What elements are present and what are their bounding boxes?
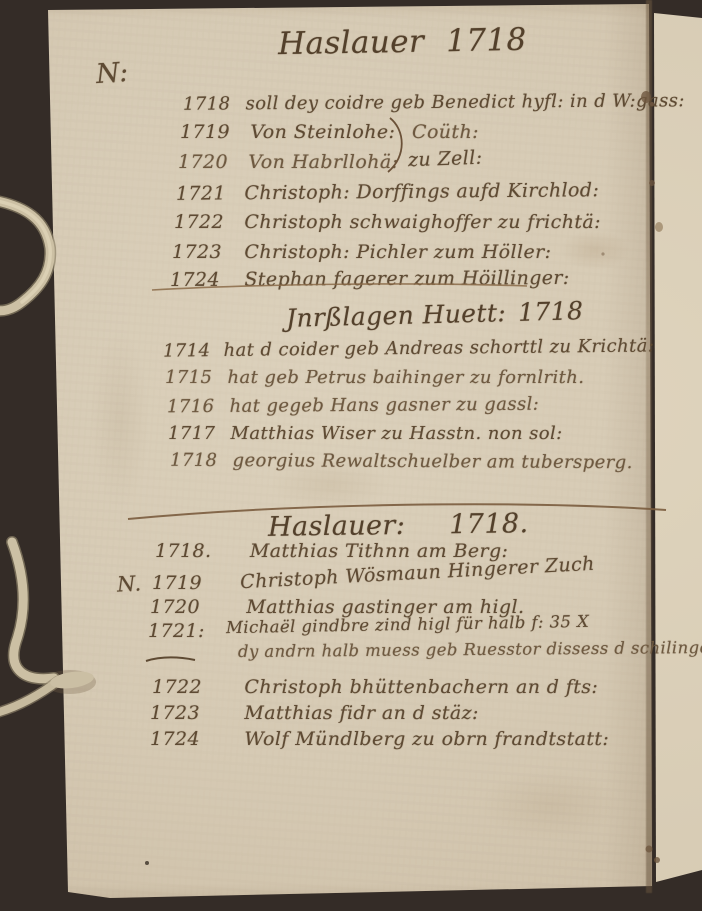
entry-text: Matthias fidr an d stäz: (244, 702, 478, 724)
entry-year: 1716 (167, 396, 215, 417)
entry-text: Christoph bhüttenbachern an d fts: (244, 676, 598, 698)
entry-year: 1721 (176, 182, 226, 204)
section-title-text: Jnrßlagen Huett: (286, 298, 507, 333)
entry-year: 1718. (155, 540, 211, 562)
gutter-crease (646, 0, 652, 893)
entry-line: 1716 hat gegeb Hans gasner zu gassl: (167, 394, 539, 418)
entry-year: 1718 (170, 450, 218, 471)
entry-year: 1723 (172, 241, 222, 263)
entry-line: 1722 Christoph bhüttenbachern an d fts: (152, 676, 598, 698)
entry-year: 1717 (168, 423, 215, 444)
section-title-text: Haslauer (278, 24, 425, 63)
entry-year: 1718 (183, 93, 231, 114)
entry-year: 1719 (180, 121, 230, 143)
entry-year: 1719 (152, 572, 202, 594)
entry-note: zu Zell: (408, 147, 483, 172)
entry-line: 1719 Von Steinlohe: (180, 121, 395, 143)
entry-year: 1722 (152, 676, 202, 698)
entry-line: 1721 Christoph: Dorffings aufd Kirchlod: (176, 179, 599, 205)
entry-text: Wolf Mündlberg zu obrn frandtstatt: (244, 728, 609, 750)
entry-line: 1723 Matthias fidr an d stäz: (150, 702, 479, 724)
entry-year: 1721: (148, 620, 205, 642)
entry-year: 1720 (178, 151, 228, 173)
entry-text: Christoph: Pichler zum Höller: (244, 241, 551, 263)
entry-text: hat gegeb Hans gasner zu gassl: (229, 394, 539, 417)
entry-text: Von Steinlohe: (250, 121, 395, 143)
entry-line: 1718 soll dey coidre geb Benedict hyfl: … (183, 90, 685, 115)
entry-line: 1724 Stephan fagerer zum Höillinger: (170, 267, 570, 291)
entry-text: Matthias Wiser zu Hasstn. non sol: (231, 423, 563, 444)
section-title-text: Haslauer: (268, 510, 406, 543)
margin-mark-top: N: (95, 57, 130, 90)
entry-year: 1720 (150, 596, 200, 618)
margin-mark-bottom: N. (116, 571, 142, 596)
entry-text: Stephan fagerer zum Höillinger: (244, 267, 569, 291)
section-3-title: Haslauer:1718. (268, 508, 529, 543)
entry-line: 1724 Wolf Mündlberg zu obrn frandtstatt: (150, 728, 609, 750)
section-1-title: Haslauer1718 (278, 22, 527, 62)
entry-line: 1718. Matthias Tithnn am Berg: (155, 540, 508, 562)
section-title-year: 1718. (449, 508, 529, 540)
entry-line: 1718 georgius Rewaltschuelber am tubersp… (170, 450, 633, 473)
binding-thread (0, 200, 50, 311)
entry-line: 1717 Matthias Wiser zu Hasstn. non sol: (168, 423, 563, 444)
entry-year: 1722 (174, 211, 224, 233)
entry-year: 1724 (170, 269, 220, 291)
entry-text: hat geb Petrus baihinger zu fornlrith. (228, 367, 585, 388)
entry-year: 1714 (163, 340, 211, 361)
section-title-year: 1718 (518, 296, 584, 327)
entry-note: Coüth: (412, 121, 479, 143)
entry-line: 1720 Von Habrllohä: (178, 151, 398, 173)
entry-text: georgius Rewaltschuelber am tubersperg. (232, 450, 632, 473)
entry-text: soll dey coidre geb Benedict hyfl: in d … (245, 90, 684, 114)
entry-year: 1724 (150, 728, 200, 750)
entry-line: 1722 Christoph schwaighoffer zu frichtä: (174, 211, 601, 233)
entry-year: 1715 (165, 367, 212, 388)
entry-text-line2: dy andrn halb muess geb Ruesstor dissess… (238, 638, 702, 661)
manuscript-scan: Haslauer1718 N: 1718 soll dey coidre geb… (0, 0, 702, 911)
entry-year: 1723 (150, 702, 200, 724)
entry-line: 1715 hat geb Petrus baihinger zu fornlri… (165, 367, 584, 388)
entry-text: Christoph schwaighoffer zu frichtä: (244, 211, 600, 233)
entry-line: 1723 Christoph: Pichler zum Höller: (172, 241, 551, 263)
entry-text: Christoph: Dorffings aufd Kirchlod: (244, 179, 599, 204)
section-title-year: 1718 (446, 22, 527, 59)
entry-text: Von Habrllohä: (248, 151, 398, 173)
